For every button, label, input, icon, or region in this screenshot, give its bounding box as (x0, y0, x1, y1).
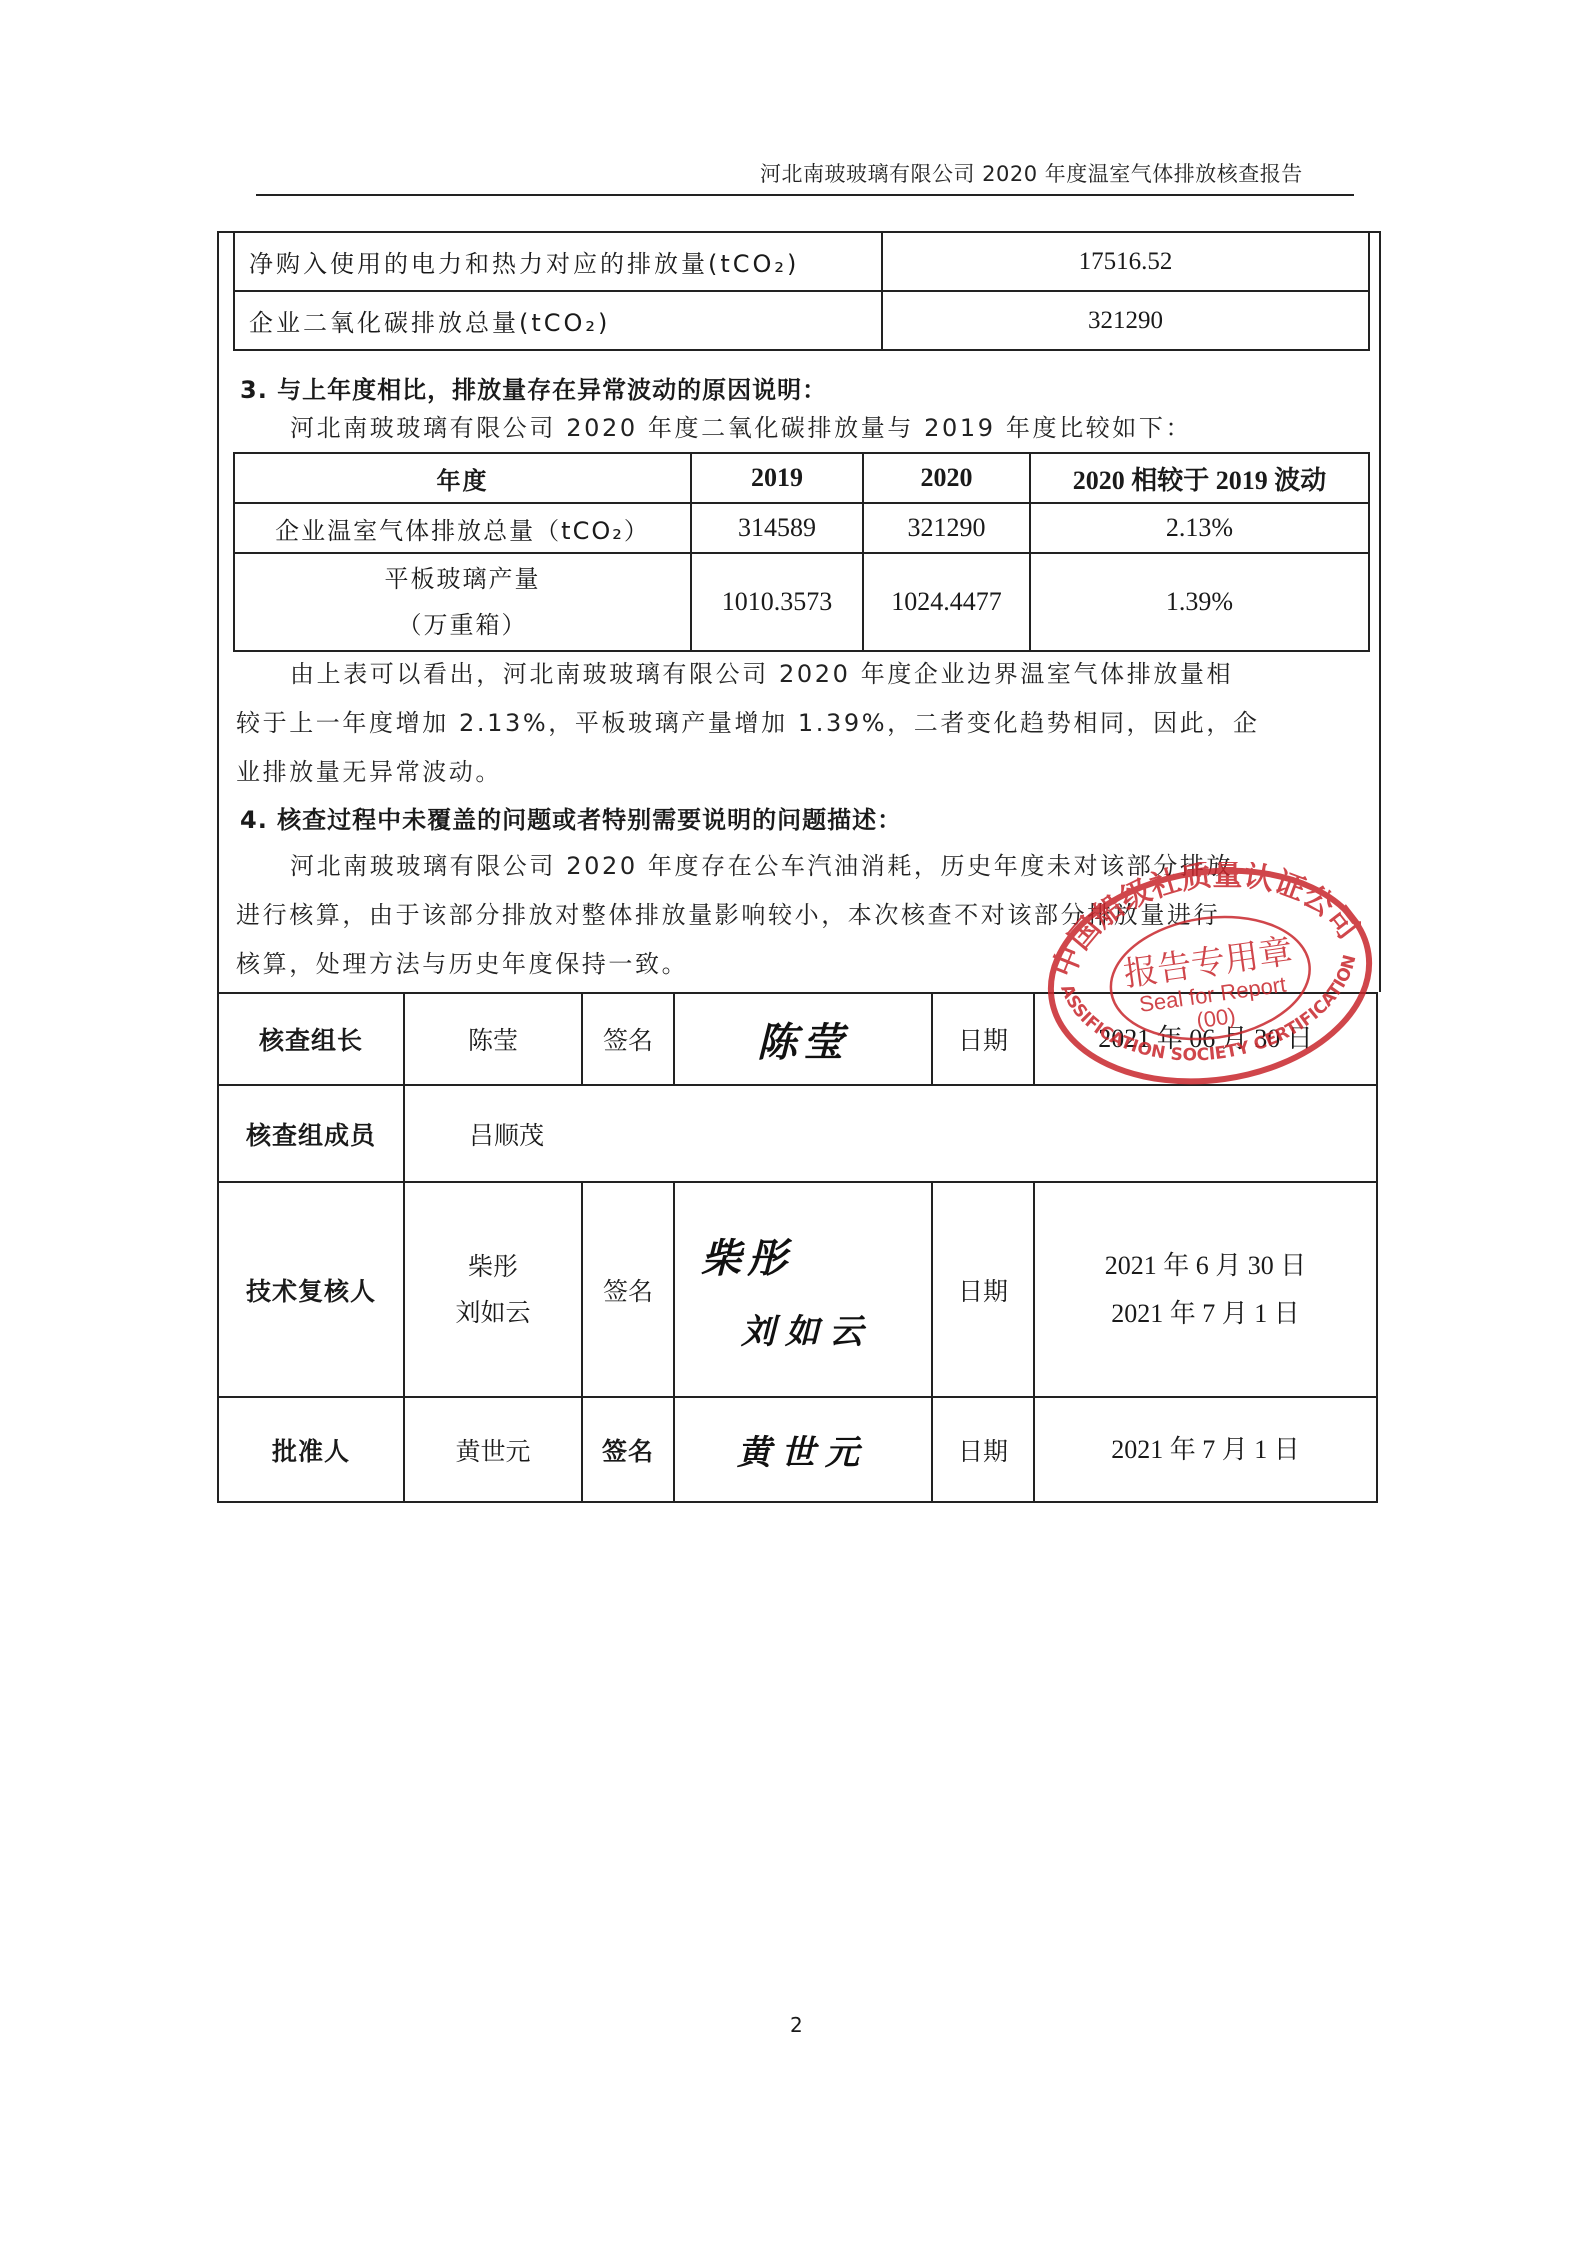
table-row: 企业二氧化碳排放总量(tCO₂) 321290 (234, 291, 1369, 350)
row-value: 17516.52 (882, 232, 1369, 291)
person-name: 陈莹 (404, 993, 582, 1085)
person-name: 吕顺茂 (404, 1085, 1377, 1182)
date-values: 2021 年 6 月 30 日 2021 年 7 月 1 日 (1034, 1182, 1377, 1397)
signoff-row-reviewer: 技术复核人 柴彤 刘如云 签名 柴彤 刘如云 日期 2021 年 6 月 30 … (218, 1182, 1377, 1397)
year-comparison-table: 年度 2019 2020 2020 相较于 2019 波动 企业温室气体排放总量… (233, 452, 1370, 652)
role-label: 核查组成员 (218, 1085, 404, 1182)
handwritten-signature: 刘如云 (701, 1304, 931, 1353)
column-header-2019: 2019 (691, 453, 863, 503)
report-header-title: 河北南玻玻璃有限公司 2020 年度温室气体排放核查报告 (760, 158, 1303, 188)
section-4-line-2: 进行核算，由于该部分排放对整体排放量影响较小，本次核查不对该部分排放量进行 (236, 891, 1220, 940)
date-value: 2021 年 7 月 1 日 (1034, 1397, 1377, 1502)
section-4-heading: 4. 核查过程中未覆盖的问题或者特别需要说明的问题描述： (240, 800, 902, 835)
date-value: 2021 年 06 月 30 日 (1034, 993, 1377, 1085)
row-label: 企业温室气体排放总量（tCO₂） (234, 503, 691, 553)
table-row: 平板玻璃产量 （万重箱） 1010.3573 1024.4477 1.39% (234, 553, 1369, 651)
section-3-heading: 3. 与上年度相比，排放量存在异常波动的原因说明： (240, 370, 827, 405)
handwritten-signature: 黄世元 (737, 1433, 869, 1473)
sign-label: 签名 (582, 993, 674, 1085)
date-label: 日期 (932, 1182, 1034, 1397)
handwritten-signature: 陈莹 (757, 1019, 849, 1066)
role-label: 技术复核人 (218, 1182, 404, 1397)
signoff-table: 核查组长 陈莹 签名 陈莹 日期 2021 年 06 月 30 日 核查组成员 … (217, 992, 1378, 1503)
row-label: 净购入使用的电力和热力对应的排放量(tCO₂) (234, 232, 882, 291)
cell-2020: 1024.4477 (863, 553, 1030, 651)
cell-2019: 1010.3573 (691, 553, 863, 651)
sign-label: 签名 (582, 1182, 674, 1397)
column-header-2020: 2020 (863, 453, 1030, 503)
row-label-line-2: （万重箱） (235, 602, 690, 648)
conclusion-line-2: 较于上一年度增加 2.13%，平板玻璃产量增加 1.39%，二者变化趋势相同，因… (236, 699, 1260, 748)
conclusion-line-1: 由上表可以看出，河北南玻玻璃有限公司 2020 年度企业边界温室气体排放量相 (290, 650, 1233, 699)
date-value: 2021 年 6 月 30 日 (1035, 1242, 1376, 1290)
person-name: 刘如云 (405, 1290, 581, 1336)
table-row: 企业温室气体排放总量（tCO₂） 314589 321290 2.13% (234, 503, 1369, 553)
signoff-row-members: 核查组成员 吕顺茂 (218, 1085, 1377, 1182)
role-label: 批准人 (218, 1397, 404, 1502)
sign-label: 签名 (582, 1397, 674, 1502)
table-row: 净购入使用的电力和热力对应的排放量(tCO₂) 17516.52 (234, 232, 1369, 291)
cell-2019: 314589 (691, 503, 863, 553)
handwritten-signature: 柴彤 (701, 1227, 931, 1284)
person-name: 柴彤 (405, 1244, 581, 1290)
cell-2020: 321290 (863, 503, 1030, 553)
row-label: 平板玻璃产量 （万重箱） (234, 553, 691, 651)
date-value: 2021 年 7 月 1 日 (1035, 1290, 1376, 1338)
signature: 黄世元 (674, 1397, 932, 1502)
cell-change: 2.13% (1030, 503, 1369, 553)
section-4-line-1: 河北南玻玻璃有限公司 2020 年度存在公车汽油消耗，历史年度未对该部分排放 (290, 842, 1233, 891)
header-divider (256, 194, 1354, 196)
table-header-row: 年度 2019 2020 2020 相较于 2019 波动 (234, 453, 1369, 503)
section-4-line-3: 核算，处理方法与历史年度保持一致。 (236, 940, 688, 989)
column-header-year: 年度 (234, 453, 691, 503)
person-name: 黄世元 (404, 1397, 582, 1502)
signature: 陈莹 (674, 993, 932, 1085)
column-header-change: 2020 相较于 2019 波动 (1030, 453, 1369, 503)
person-names: 柴彤 刘如云 (404, 1182, 582, 1397)
section-3-intro: 河北南玻玻璃有限公司 2020 年度二氧化碳排放量与 2019 年度比较如下： (290, 404, 1192, 453)
signature: 柴彤 刘如云 (674, 1182, 932, 1397)
signoff-row-approver: 批准人 黄世元 签名 黄世元 日期 2021 年 7 月 1 日 (218, 1397, 1377, 1502)
conclusion-line-3: 业排放量无异常波动。 (236, 748, 502, 797)
row-value: 321290 (882, 291, 1369, 350)
date-label: 日期 (932, 993, 1034, 1085)
emissions-summary-table: 净购入使用的电力和热力对应的排放量(tCO₂) 17516.52 企业二氧化碳排… (233, 231, 1370, 351)
role-label: 核查组长 (218, 993, 404, 1085)
row-label: 企业二氧化碳排放总量(tCO₂) (234, 291, 882, 350)
cell-change: 1.39% (1030, 553, 1369, 651)
signoff-row-leader: 核查组长 陈莹 签名 陈莹 日期 2021 年 06 月 30 日 (218, 993, 1377, 1085)
row-label-line-1: 平板玻璃产量 (235, 556, 690, 602)
date-label: 日期 (932, 1397, 1034, 1502)
page-number: 2 (790, 2013, 803, 2037)
